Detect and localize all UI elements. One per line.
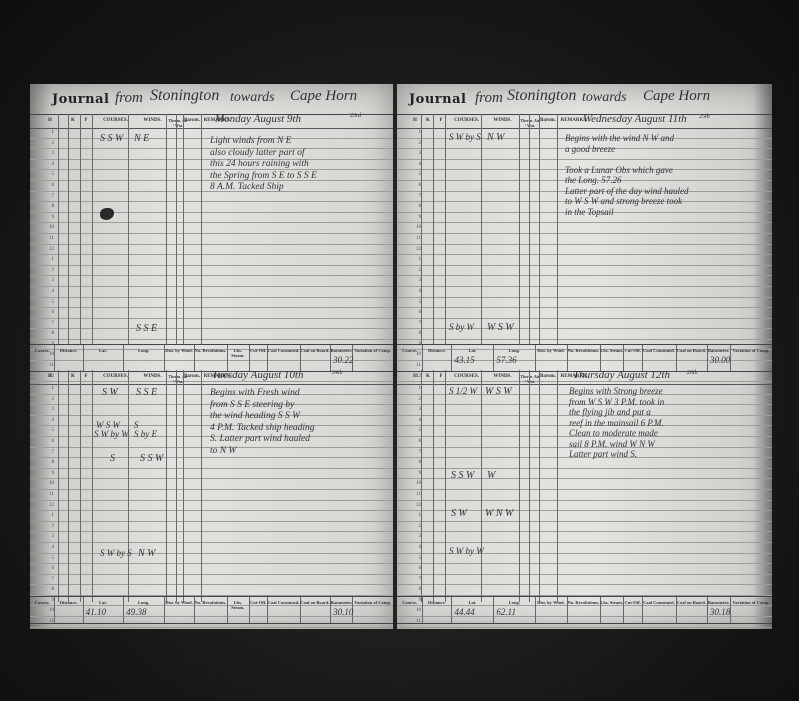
hour-number: 3 — [397, 278, 421, 283]
summary-cell-distance: Distance. — [54, 597, 83, 623]
hour-number: 2 — [397, 524, 421, 529]
summary-label: Lbs. Steam. — [227, 600, 249, 610]
hour-number: 7 — [30, 577, 54, 582]
course-entry: S — [110, 453, 115, 464]
summary-label: Coal Consumed. — [267, 600, 299, 605]
summary-value: 49.38 — [126, 607, 146, 617]
summary-label: Dist. by Wind. — [535, 348, 566, 353]
summary-cell-variation-of-comp: Variation of Comp. — [730, 345, 772, 371]
summary-cell-long: Long.57.36 — [493, 345, 536, 371]
hour-row: 1 — [397, 255, 772, 266]
hour-row: 8 — [397, 585, 772, 596]
summary-label: Lbs. Steam. — [227, 348, 249, 358]
summary-label: Long. — [493, 600, 535, 605]
summary-cell-dist-by-wind: Dist. by Wind. — [535, 345, 567, 371]
summary-label: Coal on Board. — [300, 600, 330, 605]
hour-number: 8 — [397, 587, 421, 592]
hour-number: 2 — [30, 141, 54, 146]
hour-number: 7 — [397, 194, 421, 199]
date-heading: Monday August 9th — [215, 114, 301, 126]
summary-label: Lat. — [83, 348, 124, 353]
hour-row: 9 — [30, 213, 393, 224]
hour-number: 2 — [397, 397, 421, 402]
summary-label: No. Revolutions. — [194, 348, 226, 353]
hour-row: 8 — [397, 458, 772, 469]
day-number: 26th — [687, 368, 698, 380]
hour-number: 9 — [30, 471, 54, 476]
hour-number: 11 — [30, 492, 54, 497]
hour-number: 5 — [397, 172, 421, 177]
summary-label: Dist. by Wind. — [164, 600, 194, 605]
summary-label: Barometer. — [707, 600, 730, 605]
hour-number: 7 — [30, 321, 54, 326]
daily-summary-row: Course.Distance.Lat.43.15Long.57.36Dist.… — [397, 344, 772, 372]
summary-label: Barometer. — [330, 348, 352, 353]
summary-label: Coal on Board. — [676, 600, 707, 605]
header-k: K — [68, 374, 78, 379]
hour-row: 12 — [30, 245, 393, 256]
hour-number: 10 — [30, 481, 54, 486]
hour-number: 2 — [30, 524, 54, 529]
summary-cell-coal-on-board: Coal on Board. — [676, 597, 708, 623]
summary-cell-lat: Lat.43.15 — [451, 345, 494, 371]
remarks-text: Light winds from N E also cloudy latter … — [210, 136, 317, 194]
summary-cell-variation-of-comp: Variation of Comp. — [352, 345, 393, 371]
summary-cell-coal-consumed: Coal Consumed. — [267, 345, 300, 371]
hour-row: 5 — [397, 298, 772, 309]
hour-row: 8 — [30, 585, 393, 596]
hour-number: 6 — [397, 439, 421, 444]
summary-value: 57.36 — [496, 355, 516, 365]
summary-label: Coal on Board. — [300, 348, 330, 353]
wind-entry: S S E — [136, 323, 157, 334]
course-entry: S W — [102, 387, 118, 398]
header-h: H — [44, 374, 56, 379]
log-section-wednesday: H K F COURSES. WINDS. Therm. Air / Wat. … — [397, 114, 772, 344]
summary-label: Cut-Off. — [623, 348, 642, 353]
summary-cell-course: Course. — [397, 597, 423, 623]
header-h: H — [44, 118, 56, 123]
header-therm: Therm. Air / Wat. — [520, 118, 540, 128]
log-section-monday: H K F COURSES. WINDS. Therm. Air / Wat. … — [30, 114, 393, 344]
date-heading: Thursday August 12th — [573, 370, 670, 382]
hour-number: 8 — [397, 460, 421, 465]
hour-row: 1 — [30, 255, 393, 266]
hour-row: 11 — [30, 234, 393, 245]
summary-label: Lat. — [83, 600, 124, 605]
hour-number: 3 — [30, 534, 54, 539]
hour-row: 4 — [30, 543, 393, 554]
summary-value: 30.22 — [333, 355, 353, 365]
hour-number: 6 — [397, 566, 421, 571]
hour-number: 8 — [397, 204, 421, 209]
summary-cell-barometer: Barometer.30.18 — [707, 597, 731, 623]
log-section-tuesday: H K F COURSES. WINDS. Therm. Air / Wat. … — [30, 370, 393, 602]
date-heading: Tuesday August 10th — [212, 370, 303, 382]
summary-label: Distance. — [54, 348, 82, 353]
journal-printed-title: Journal — [52, 92, 109, 107]
header-therm: Therm. Air / Wat. — [520, 374, 540, 384]
summary-cell-long: Long.62.11 — [493, 597, 536, 623]
hour-row: 5 — [30, 298, 393, 309]
hour-number: 9 — [30, 215, 54, 220]
summary-label: Cut-Off. — [249, 600, 267, 605]
wind-entry: S S E — [136, 387, 157, 398]
header-barom: Barom. — [539, 118, 557, 123]
page-title-row: Journal from Stonington towards Cape Hor… — [30, 84, 393, 115]
summary-cell-dist-by-wind: Dist. by Wind. — [164, 597, 195, 623]
summary-cell-coal-on-board: Coal on Board. — [300, 597, 331, 623]
hour-number: 10 — [397, 225, 421, 230]
summary-label: Long. — [493, 348, 535, 353]
summary-cell-cut-off: Cut-Off. — [249, 597, 268, 623]
summary-label: Coal Consumed. — [642, 348, 676, 353]
hour-row: 7 — [30, 575, 393, 586]
hour-row: 8 — [30, 202, 393, 213]
day-number: 24th — [332, 368, 343, 380]
header-winds: WINDS. — [135, 118, 170, 123]
summary-cell-dist-by-wind: Dist. by Wind. — [164, 345, 195, 371]
summary-cell-course: Course. — [30, 597, 55, 623]
summary-cell-lat: Lat.44.44 — [451, 597, 494, 623]
summary-cell-coal-consumed: Coal Consumed. — [267, 597, 300, 623]
wind-entry: N E — [134, 133, 149, 144]
summary-label: Lat. — [451, 600, 493, 605]
summary-value: 30.10 — [333, 607, 353, 617]
hour-number: 6 — [397, 183, 421, 188]
hour-number: 6 — [30, 439, 54, 444]
hour-row: 11 — [30, 490, 393, 501]
hour-number: 1 — [397, 257, 421, 262]
hour-number: 5 — [30, 428, 54, 433]
hour-row: 2 — [30, 266, 393, 277]
hour-number: 2 — [30, 268, 54, 273]
header-f: F — [80, 118, 92, 123]
summary-label: Barometer. — [330, 600, 352, 605]
summary-value: 43.15 — [454, 355, 474, 365]
hour-row: 11 — [397, 234, 772, 245]
summary-cell-barometer: Barometer.30.10 — [330, 597, 353, 623]
hour-number: 7 — [30, 194, 54, 199]
hour-number: 9 — [397, 471, 421, 476]
hour-row: 4 — [397, 287, 772, 298]
hour-number: 5 — [397, 428, 421, 433]
summary-cell-lat: Lat.41.10 — [83, 597, 125, 623]
summary-cell-lbs-steam: Lbs. Steam. — [227, 597, 250, 623]
hour-row: 12 — [30, 628, 393, 629]
summary-cell-lbs-steam: Lbs. Steam. — [227, 345, 250, 371]
daily-summary-row: Course.Distance.Lat.41.10Long.49.38Dist.… — [30, 596, 393, 624]
hour-number: 2 — [30, 397, 54, 402]
hour-number: 6 — [30, 310, 54, 315]
hour-number: 1 — [397, 130, 421, 135]
summary-label: No. Revolutions. — [567, 600, 601, 605]
summary-cell-no-revolutions: No. Revolutions. — [567, 345, 602, 371]
hour-row: 8 — [30, 329, 393, 340]
summary-cell-barometer: Barometer.30.00 — [707, 345, 731, 371]
wind-entry: S S W — [140, 453, 163, 464]
hour-number: 3 — [30, 151, 54, 156]
hour-row: 3 — [30, 276, 393, 287]
hour-number: 7 — [397, 450, 421, 455]
summary-label: Variation of Comp. — [730, 600, 772, 605]
title-origin: Stonington — [507, 87, 576, 105]
header-winds: WINDS. — [485, 374, 520, 379]
hour-row: 6 — [397, 564, 772, 575]
summary-value: 30.18 — [710, 607, 730, 617]
course-entry: S S W — [100, 133, 123, 144]
hour-row: 10 — [30, 223, 393, 234]
course-entry: S by W — [449, 322, 474, 332]
hour-number: 8 — [30, 204, 54, 209]
hour-number: 3 — [397, 407, 421, 412]
summary-label: Coal on Board. — [676, 348, 707, 353]
header-barom: Barom. — [539, 374, 557, 379]
wind-entry: W — [487, 470, 495, 481]
hour-row: 6 — [30, 308, 393, 319]
hour-row: 8 — [30, 458, 393, 469]
summary-cell-long: Long. — [123, 345, 165, 371]
summary-label: Barometer. — [707, 348, 730, 353]
hour-number: 5 — [30, 556, 54, 561]
daily-summary-row: Course.Distance.Lat.44.44Long.62.11Dist.… — [397, 596, 772, 624]
header-h: H — [409, 374, 421, 379]
hour-row: 4 — [30, 287, 393, 298]
hour-number: 11 — [397, 492, 421, 497]
wind-entry: W S W — [485, 386, 512, 397]
hour-row: 3 — [30, 532, 393, 543]
remarks-text: Begins with the wind N W and a good bree… — [565, 133, 689, 217]
summary-cell-cut-off: Cut-Off. — [623, 597, 643, 623]
summary-label: Variation of Comp. — [352, 348, 393, 353]
summary-label: Cut-Off. — [623, 600, 642, 605]
wind-entry: S by E — [134, 429, 157, 439]
title-from: from — [475, 90, 503, 107]
hour-number: 7 — [397, 321, 421, 326]
summary-label: Course. — [30, 348, 54, 353]
header-k: K — [423, 374, 433, 379]
hour-number: 4 — [30, 162, 54, 167]
hour-number: 10 — [30, 225, 54, 230]
summary-label: Course. — [397, 600, 422, 605]
column-header-row: H K F COURSES. WINDS. Therm. Air / Wat. … — [30, 114, 393, 129]
hour-row: 12 — [397, 628, 772, 629]
hour-row: 5 — [30, 554, 393, 565]
day-number: 23rd — [350, 111, 361, 123]
hour-row: 12 — [30, 501, 393, 512]
hour-row: 3 — [397, 276, 772, 287]
hour-number: 5 — [30, 300, 54, 305]
hour-number: 9 — [397, 215, 421, 220]
summary-label: Long. — [123, 600, 164, 605]
title-towards: towards — [582, 90, 627, 106]
hour-row: 2 — [397, 522, 772, 533]
hour-number: 11 — [397, 236, 421, 241]
summary-cell-cut-off: Cut-Off. — [623, 345, 643, 371]
day-number: 25th — [699, 112, 710, 124]
hour-row: 7 — [397, 575, 772, 586]
summary-cell-no-revolutions: No. Revolutions. — [194, 345, 227, 371]
course-entry: S W by W — [94, 429, 129, 439]
hour-row: 7 — [30, 319, 393, 330]
header-barom: Barom. — [183, 118, 201, 123]
hour-number: 4 — [397, 289, 421, 294]
hour-number: 1 — [30, 130, 54, 135]
hour-number: 11 — [30, 236, 54, 241]
summary-value: 44.44 — [454, 607, 474, 617]
hour-number: 10 — [397, 481, 421, 486]
summary-label: Lbs. Steam. — [600, 600, 623, 605]
summary-cell-no-revolutions: No. Revolutions. — [194, 597, 227, 623]
hour-number: 2 — [397, 268, 421, 273]
summary-label: Coal Consumed. — [267, 348, 299, 353]
header-winds: WINDS. — [135, 374, 170, 379]
summary-cell-coal-consumed: Coal Consumed. — [642, 597, 677, 623]
course-entry: S W by S — [449, 132, 481, 142]
title-from: from — [115, 90, 143, 107]
wind-entry: W S W — [487, 322, 514, 333]
hour-number: 6 — [30, 566, 54, 571]
title-destination: Cape Horn — [290, 88, 357, 105]
summary-label: Distance. — [54, 600, 82, 605]
right-page: Journal from Stonington towards Cape Hor… — [397, 84, 772, 629]
hour-row: 10 — [30, 479, 393, 490]
hour-number: 3 — [30, 407, 54, 412]
hour-number: 4 — [397, 545, 421, 550]
summary-label: Coal Consumed. — [642, 600, 676, 605]
hour-number: 1 — [30, 386, 54, 391]
summary-label: Variation of Comp. — [730, 348, 772, 353]
hour-number: 5 — [30, 172, 54, 177]
date-heading: Wednesday August 11th — [583, 114, 687, 126]
left-page: Journal from Stonington towards Cape Hor… — [30, 84, 393, 629]
hour-number: 8 — [30, 331, 54, 336]
logbook-spread: Journal from Stonington towards Cape Hor… — [30, 84, 772, 629]
summary-cell-no-revolutions: No. Revolutions. — [567, 597, 602, 623]
hour-number: 12 — [397, 503, 421, 508]
summary-cell-coal-consumed: Coal Consumed. — [642, 345, 677, 371]
summary-label: No. Revolutions. — [194, 600, 226, 605]
hour-number: 2 — [397, 141, 421, 146]
header-k: K — [423, 118, 433, 123]
hour-number: 4 — [397, 418, 421, 423]
summary-cell-cut-off: Cut-Off. — [249, 345, 268, 371]
hour-row: 2 — [30, 522, 393, 533]
hour-number: 5 — [397, 556, 421, 561]
hour-number: 12 — [30, 503, 54, 508]
hour-row: 6 — [397, 308, 772, 319]
hour-row: 6 — [30, 564, 393, 575]
hour-row: 9 — [30, 469, 393, 480]
hour-number: 4 — [397, 162, 421, 167]
summary-cell-lbs-steam: Lbs. Steam. — [600, 345, 624, 371]
journal-printed-title: Journal — [409, 92, 466, 107]
title-towards: towards — [230, 90, 275, 106]
hour-number: 8 — [30, 587, 54, 592]
course-entry: S 1/2 W — [449, 386, 477, 396]
course-entry: S W — [451, 508, 467, 519]
summary-label: Lat. — [451, 348, 493, 353]
summary-label: Dist. by Wind. — [535, 600, 566, 605]
remarks-text: Begins with Fresh wind from S S E steeri… — [210, 388, 315, 457]
summary-label: Distance. — [422, 600, 451, 605]
hour-row: 2 — [397, 266, 772, 277]
course-entry: S S W — [451, 470, 474, 481]
summary-label: Distance. — [422, 348, 451, 353]
summary-cell-long: Long.49.38 — [123, 597, 165, 623]
header-courses: COURSES. — [449, 118, 484, 123]
hour-number: 8 — [397, 331, 421, 336]
summary-cell-course: Course. — [30, 345, 55, 371]
summary-value: 41.10 — [86, 607, 106, 617]
hour-number: 1 — [30, 513, 54, 518]
header-winds: WINDS. — [485, 118, 520, 123]
hour-row: 1 — [30, 511, 393, 522]
summary-label: Variation of Comp. — [352, 600, 393, 605]
wind-entry: W N W — [485, 508, 513, 519]
title-origin: Stonington — [150, 87, 219, 105]
hour-row: 12 — [397, 245, 772, 256]
hour-number: 1 — [397, 386, 421, 391]
summary-label: No. Revolutions. — [567, 348, 601, 353]
log-section-thursday: H K F COURSES. WINDS. Therm. Air / Wat. … — [397, 370, 772, 602]
hour-number: 3 — [30, 278, 54, 283]
page-title-row: Journal from Stonington towards Cape Hor… — [397, 84, 772, 115]
hour-number: 4 — [30, 545, 54, 550]
course-entry: S W by S — [100, 548, 132, 558]
header-k: K — [68, 118, 78, 123]
hour-number: 12 — [397, 247, 421, 252]
summary-value: 62.11 — [496, 607, 516, 617]
header-f: F — [80, 374, 92, 379]
hour-number: 6 — [397, 310, 421, 315]
summary-label: Cut-Off. — [249, 348, 267, 353]
hour-number: 7 — [397, 577, 421, 582]
header-courses: COURSES. — [449, 374, 484, 379]
hour-row: 10 — [397, 223, 772, 234]
hour-number: 3 — [397, 534, 421, 539]
wind-entry: N W — [138, 548, 156, 559]
hour-number: 4 — [30, 418, 54, 423]
hour-number: 3 — [397, 151, 421, 156]
summary-cell-distance: Distance. — [422, 345, 452, 371]
course-entry: S W by W — [449, 546, 484, 556]
hour-row: 3 — [397, 532, 772, 543]
summary-label: Dist. by Wind. — [164, 348, 194, 353]
summary-cell-lbs-steam: Lbs. Steam. — [600, 597, 624, 623]
title-destination: Cape Horn — [643, 88, 710, 105]
summary-label: Long. — [123, 348, 164, 353]
hour-number: 1 — [30, 257, 54, 262]
hour-row: 11 — [397, 490, 772, 501]
summary-label: Course. — [30, 600, 54, 605]
summary-cell-lat: Lat. — [83, 345, 125, 371]
summary-value: 30.00 — [710, 355, 730, 365]
header-h: H — [409, 118, 421, 123]
summary-cell-dist-by-wind: Dist. by Wind. — [535, 597, 567, 623]
summary-label: Course. — [397, 348, 422, 353]
hour-number: 8 — [30, 460, 54, 465]
summary-cell-course: Course. — [397, 345, 423, 371]
hour-number: 4 — [30, 289, 54, 294]
summary-cell-coal-on-board: Coal on Board. — [300, 345, 331, 371]
hour-number: 6 — [30, 183, 54, 188]
wind-entry: N W — [487, 132, 505, 143]
hour-number: 5 — [397, 300, 421, 305]
summary-cell-distance: Distance. — [422, 597, 452, 623]
header-barom: Barom. — [183, 374, 201, 379]
hour-number: 1 — [397, 513, 421, 518]
